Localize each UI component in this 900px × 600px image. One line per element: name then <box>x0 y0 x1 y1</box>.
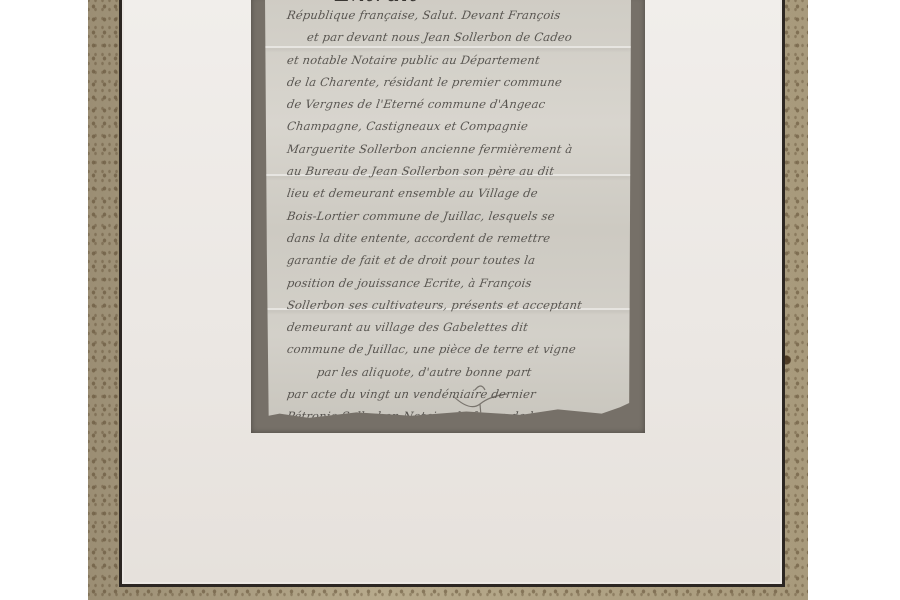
picture-frame: Extrait République française, Salut. Dev… <box>88 0 808 600</box>
handwriting-line: République française, Salut. Devant Fran… <box>285 4 624 26</box>
white-mat-board: Extrait République française, Salut. Dev… <box>124 0 780 582</box>
handwriting-line: ancienne maison d'agronome, au lieu de <box>285 472 624 494</box>
handwriting-line: par les aliquote, d'autre bonne part <box>285 361 624 383</box>
handwriting-line: pièce contenant vingt ares cinquante <box>285 428 624 450</box>
handwriting-line: Bois-Lortier commune de Juillac, lesquel… <box>285 205 624 227</box>
handwriting-line: confrontant au nord chez Collet <box>285 450 624 472</box>
handwriting-line: de Vergnes de l'Eterné commune d'Angeac <box>285 93 624 115</box>
handwriting-line: Sollerbon ses cultivateurs, présents et … <box>285 294 624 316</box>
signature-flourish-icon <box>445 382 515 418</box>
handwriting-line: de la Charente, résidant le premier comm… <box>285 71 624 93</box>
handwriting-line: commune de Juillac, une pièce de terre e… <box>285 338 624 360</box>
handwriting-line: et notable Notaire public au Département <box>285 49 624 71</box>
handwriting-line: lieu et demeurant ensemble au Village de <box>285 182 624 204</box>
handwriting-line: dans la dite entente, accordent de remet… <box>285 227 624 249</box>
handwriting-line: Marguerite Sollerbon ancienne fermièreme… <box>285 138 624 160</box>
frame-inner-edge: Extrait République française, Salut. Dev… <box>119 0 785 587</box>
handwriting-line: et par devant nous Jean Sollerbon de Cad… <box>285 26 624 48</box>
handwriting-lines: République française, Salut. Devant Fran… <box>287 4 623 517</box>
handwriting-line: Cal Conge dite, publicité du acte, confr… <box>285 495 624 517</box>
handwriting-line: au Bureau de Jean Sollerbon son père au … <box>285 160 624 182</box>
handwriting-line: Champagne, Castigneaux et Compagnie <box>285 115 624 137</box>
handwriting-line: demeurant au village des Gabelettes dit <box>285 316 624 338</box>
handwriting-line: position de jouissance Ecrite, à Françoi… <box>285 272 624 294</box>
handwriting-line: garantie de fait et de droit pour toutes… <box>285 249 624 271</box>
handwritten-document: Extrait République française, Salut. Dev… <box>265 0 631 420</box>
dark-backing-board: Extrait République française, Salut. Dev… <box>251 0 645 433</box>
